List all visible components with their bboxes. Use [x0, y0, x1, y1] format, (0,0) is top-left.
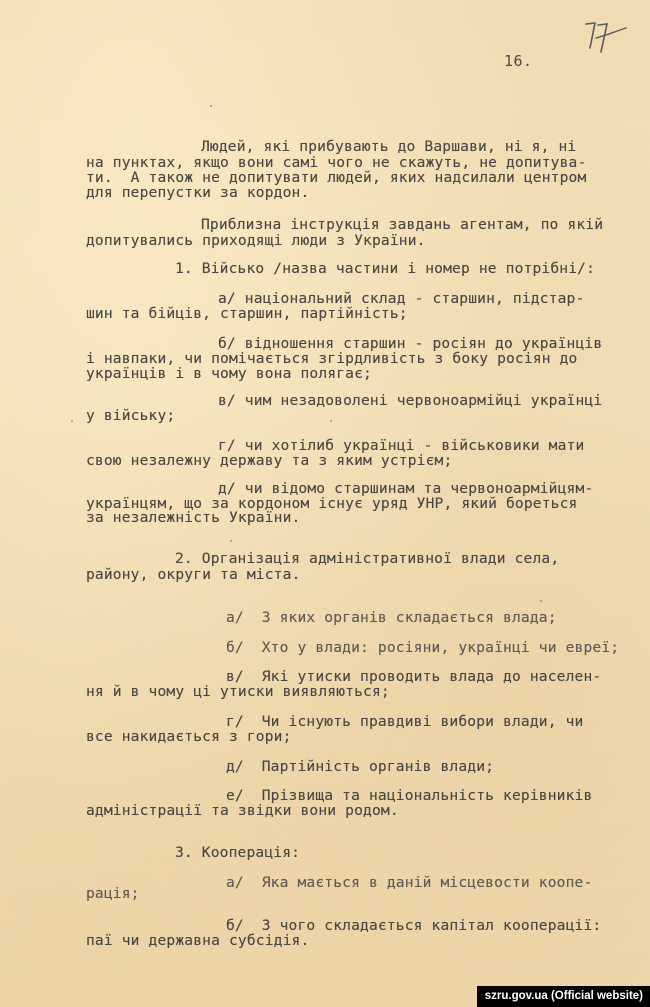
text-line: б/ відношення старшин - росіян до україн… [218, 336, 602, 351]
text-line: г/ Чи існують правдиві вибори влади, чи [226, 714, 583, 729]
page-number: 16. [504, 52, 533, 70]
section-heading: району, округи та міста. [86, 567, 300, 582]
text-line: д/ Партійність органів влади; [226, 759, 494, 774]
text-line: допитувались приходящі люди з України. [86, 233, 426, 248]
text-line: а/ Яка мається в даній місцевости коопе- [226, 875, 592, 890]
text-line: і навпаки, чи помічається згірдливість з… [86, 351, 578, 366]
text-line: д/ чи відомо старшинам та червоноармійця… [218, 481, 593, 496]
section-heading: 1. Військо /назва частини і номер не пот… [175, 261, 595, 276]
text-line: рація; [86, 886, 140, 901]
text-line: е/ Прізвища та національність керівників [226, 788, 592, 803]
section-heading: 2. Організація адміністративної влади се… [175, 551, 559, 566]
paper-speck [230, 540, 232, 542]
section-heading: 3. Кооперація: [175, 845, 300, 860]
text-line: ти. А також не допитувати людей, яких на… [86, 170, 586, 185]
text-line: б/ Хто у влади: росіяни, українці чи евр… [226, 640, 619, 655]
text-line: ня й в чому ці утиски виявляються; [86, 684, 390, 699]
paper-speck [540, 600, 542, 602]
text-line: б/ З чого складається капітал кооперації… [226, 918, 601, 933]
text-line: а/ З яких органів складається влада; [226, 610, 557, 625]
text-line: Людей, які прибувають до Варшави, ні я, … [201, 139, 576, 154]
archival-document-page: 16. Людей, які прибувають до Варшави, ні… [0, 0, 650, 1007]
text-line: паї чи державна субсідія. [86, 933, 309, 948]
text-line: а/ національний склад - старшин, підстар… [218, 291, 584, 306]
text-line: адміністрації та звідки вони родом. [86, 803, 399, 818]
paper-speck [330, 420, 332, 422]
text-line: за незалежність України. [86, 510, 300, 525]
text-line: в/ чим незадоволені червоноармійці украї… [218, 393, 602, 408]
paper-speck [210, 105, 212, 107]
handwritten-folio-number [582, 18, 628, 58]
text-line: українців і в чому вона полягає; [86, 366, 372, 381]
text-line: в/ Які утиски проводить влада до населен… [226, 669, 601, 684]
text-line: г/ чи хотілиб українці - військовики мат… [218, 438, 584, 453]
text-line: у війську; [86, 408, 175, 423]
text-line: для перепустки за кордон. [86, 185, 309, 200]
source-credit-badge: szru.gov.ua (Official website) [477, 986, 650, 1007]
paper-speck [71, 420, 73, 422]
text-line: на пунктах, якщо вони самі чого не скажу… [86, 155, 586, 170]
text-line: шин та бійців, старшин, партійність; [86, 306, 408, 321]
text-line: Приблизна інструкція завдань агентам, по… [201, 217, 603, 232]
text-line: свою незалежну державу та з яким устрієм… [86, 453, 452, 468]
text-line: все накидається з гори; [86, 729, 292, 744]
